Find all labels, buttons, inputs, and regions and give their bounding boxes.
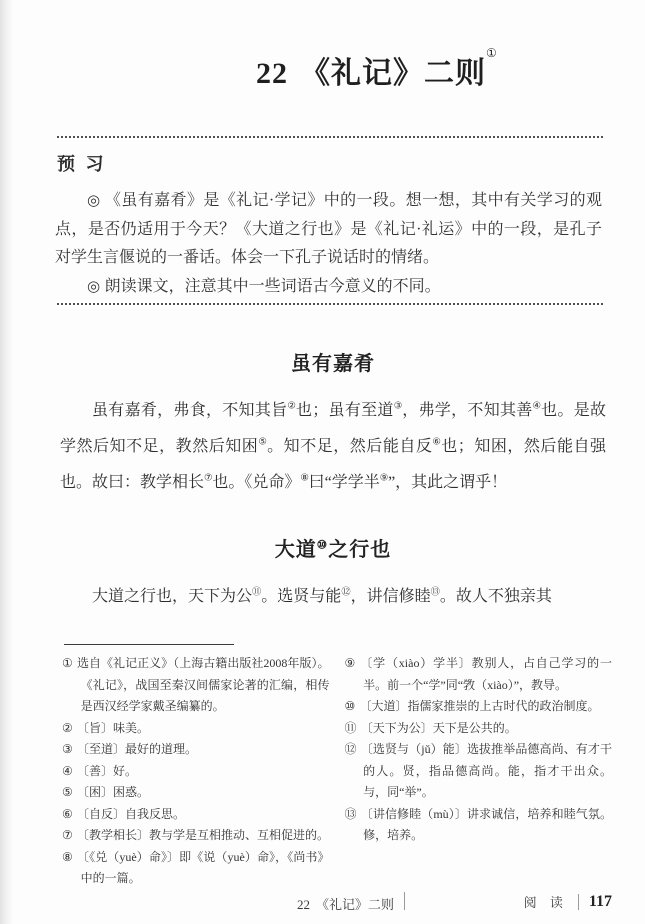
footnote-3-marker: ③ (62, 742, 73, 756)
footnote-10-marker: ⑩ (345, 699, 356, 713)
footnote-7: ⑦〔教学相长〕教与学是互相推动、互相促进的。 (62, 825, 330, 847)
footnote-2-marker: ② (62, 721, 73, 735)
footer-section-label: 阅 读 (524, 892, 568, 911)
footnote-8-marker: ⑧ (62, 850, 73, 864)
lesson-title: 22《礼记》二则① (256, 48, 498, 92)
footnote-ref: ⑧ (300, 474, 308, 484)
footnote-ref: ⑥ (432, 438, 441, 448)
footer-lesson-label: 22《礼记》二则 (248, 894, 394, 913)
footnote-9-text: 〔学（xiào）学半〕教别人，占自己学习的一半。前一个“学”同“敩（xiào）”… (360, 656, 612, 692)
passage-2-body: 大道之行也，天下为公⑪。选贤与能⑫，讲信修睦⑬。故人不独亲其 (60, 579, 606, 615)
footnote-13-text: 〔讲信修睦（mù）〕讲求诚信，培养和睦气氛。修，培养。 (361, 807, 612, 843)
dotted-divider-top (57, 136, 603, 138)
circle-bullet-icon: ◎ (87, 279, 100, 295)
footnotes-right-column: ⑨〔学（xiào）学半〕教别人，占自己学习的一半。前一个“学”同“敩（xiào）… (345, 653, 613, 890)
footnote-5: ⑤〔困〕困惑。 (62, 782, 330, 804)
textbook-page: 22《礼记》二则① 预 习 ◎《虽有嘉肴》是《礼记·学记》中的一段。想一想，其中… (0, 0, 645, 924)
footnote-3: ③〔至道〕最好的道理。 (62, 739, 330, 761)
footer-divider-bar-left (404, 892, 405, 910)
footnote-6-text: 〔自反〕自我反思。 (77, 807, 185, 821)
passage-suiyoujiayao: 虽有嘉肴 虽有嘉肴，弗食，不知其旨②也；虽有至道③，弗学，不知其善④也。是故学然… (60, 347, 606, 501)
preview-heading: 预 习 (57, 150, 602, 176)
footnote-11-marker: ⑪ (345, 721, 357, 735)
footnote-12: ⑫〔选贤与（jǔ）能〕选拔推举品德高尚、有才干的人。贤，指品德高尚。能，指才干出… (345, 739, 613, 804)
passage-dadaozhixingye: 大道⑩之行也 大道之行也，天下为公⑪。选贤与能⑫，讲信修睦⑬。故人不独亲其 (60, 533, 606, 615)
footer-lesson-title: 《礼记》二则 (316, 897, 394, 912)
footnote-5-marker: ⑤ (62, 785, 73, 799)
footnote-ref: ④ (533, 402, 542, 412)
footnote-ref: ⑫ (341, 588, 350, 598)
footer-divider-bar-right (578, 894, 579, 910)
page-number: 117 (589, 893, 612, 911)
footnote-13: ⑬〔讲信修睦（mù）〕讲求诚信，培养和睦气氛。修，培养。 (345, 804, 613, 847)
footnote-11-text: 〔天下为公〕天下是公共的。 (361, 721, 517, 735)
footnote-ref: ③ (394, 402, 403, 412)
footnotes-area: ①选自《礼记正义》（上海古籍出版社2008年版）。《礼记》，战国至秦汉间儒家论著… (62, 653, 612, 890)
footnote-6-marker: ⑥ (62, 807, 73, 821)
preview-item-2-text: 朗读课文，注意其中一些词语古今意义的不同。 (105, 278, 441, 295)
footnote-4-marker: ④ (62, 764, 73, 778)
footer-right-group: 阅 读 117 (524, 892, 612, 911)
circle-bullet-icon: ◎ (87, 193, 100, 209)
footnote-10: ⑩〔大道〕指儒家推崇的上古时代的政治制度。 (345, 696, 613, 718)
dotted-divider-bottom (57, 303, 603, 305)
preview-section: 预 习 ◎《虽有嘉肴》是《礼记·学记》中的一段。想一想，其中有关学习的观点，是否… (55, 150, 602, 301)
passage-1-body: 虽有嘉肴，弗食，不知其旨②也；虽有至道③，弗学，不知其善④也。是故学然后知不足，… (60, 393, 606, 501)
lesson-title-text: 《礼记》二则 (300, 57, 486, 90)
footnote-2-text: 〔旨〕味美。 (77, 721, 149, 735)
preview-item-2: ◎朗读课文，注意其中一些词语古今意义的不同。 (55, 273, 602, 302)
passage-1-title: 虽有嘉肴 (60, 347, 606, 376)
preview-item-1: ◎《虽有嘉肴》是《礼记·学记》中的一段。想一想，其中有关学习的观点，是否仍适用于… (55, 187, 602, 273)
footnote-11: ⑪〔天下为公〕天下是公共的。 (345, 718, 613, 740)
footnote-13-marker: ⑬ (345, 807, 357, 821)
lesson-number: 22 (256, 57, 288, 90)
footnote-2: ②〔旨〕味美。 (62, 718, 330, 740)
footnote-3-text: 〔至道〕最好的道理。 (77, 742, 197, 756)
footnote-1-marker: ① (62, 656, 73, 670)
footnote-9-marker: ⑨ (345, 656, 357, 670)
footnote-7-text: 〔教学相长〕教与学是互相推动、互相促进的。 (77, 828, 329, 842)
footnote-5-text: 〔困〕困惑。 (77, 785, 149, 799)
footnote-12-marker: ⑫ (345, 742, 357, 756)
passage-2-title: 大道⑩之行也 (60, 533, 606, 562)
footnote-4: ④〔善〕好。 (62, 761, 330, 783)
footnote-8: ⑧〔《兑（yuè）命》〕即《说（yuè）命》，《尚书》中的一篇。 (62, 847, 330, 890)
footnotes-left-column: ①选自《礼记正义》（上海古籍出版社2008年版）。《礼记》，战国至秦汉间儒家论著… (62, 653, 330, 890)
footnote-7-marker: ⑦ (62, 828, 73, 842)
footnote-12-text: 〔选贤与（jǔ）能〕选拔推举品德高尚、有才干的人。贤，指品德高尚。能，指才干出众… (361, 742, 612, 799)
footnote-ref: ⑬ (431, 588, 440, 598)
footnote-ref: ⑤ (258, 438, 267, 448)
preview-item-1-text: 《虽有嘉肴》是《礼记·学记》中的一段。想一想，其中有关学习的观点，是否仍适用于今… (55, 192, 602, 266)
footnote-10-text: 〔大道〕指儒家推崇的上古时代的政治制度。 (359, 699, 599, 713)
footnote-separator-line (64, 644, 234, 645)
footnote-ref: ⑪ (252, 588, 261, 598)
page-binding-shadow (0, 0, 13, 924)
footnote-ref: ② (287, 402, 296, 412)
footnote-4-text: 〔善〕好。 (77, 764, 137, 778)
footnote-1: ①选自《礼记正义》（上海古籍出版社2008年版）。《礼记》，战国至秦汉间儒家论著… (62, 653, 330, 718)
footnote-ref: ⑩ (317, 538, 328, 551)
footnote-ref: ⑨ (380, 474, 388, 484)
footnote-1-text: 选自《礼记正义》（上海古籍出版社2008年版）。《礼记》，战国至秦汉间儒家论著的… (77, 656, 330, 713)
footer-lesson-number: 22 (297, 897, 310, 912)
footnote-9: ⑨〔学（xiào）学半〕教别人，占自己学习的一半。前一个“学”同“敩（xiào）… (345, 653, 613, 696)
footnote-6: ⑥〔自反〕自我反思。 (62, 804, 330, 826)
footnote-ref: ⑦ (204, 474, 212, 484)
footnote-8-text: 〔《兑（yuè）命》〕即《说（yuè）命》，《尚书》中的一篇。 (77, 850, 329, 886)
title-footnote-ref: ① (486, 46, 498, 60)
